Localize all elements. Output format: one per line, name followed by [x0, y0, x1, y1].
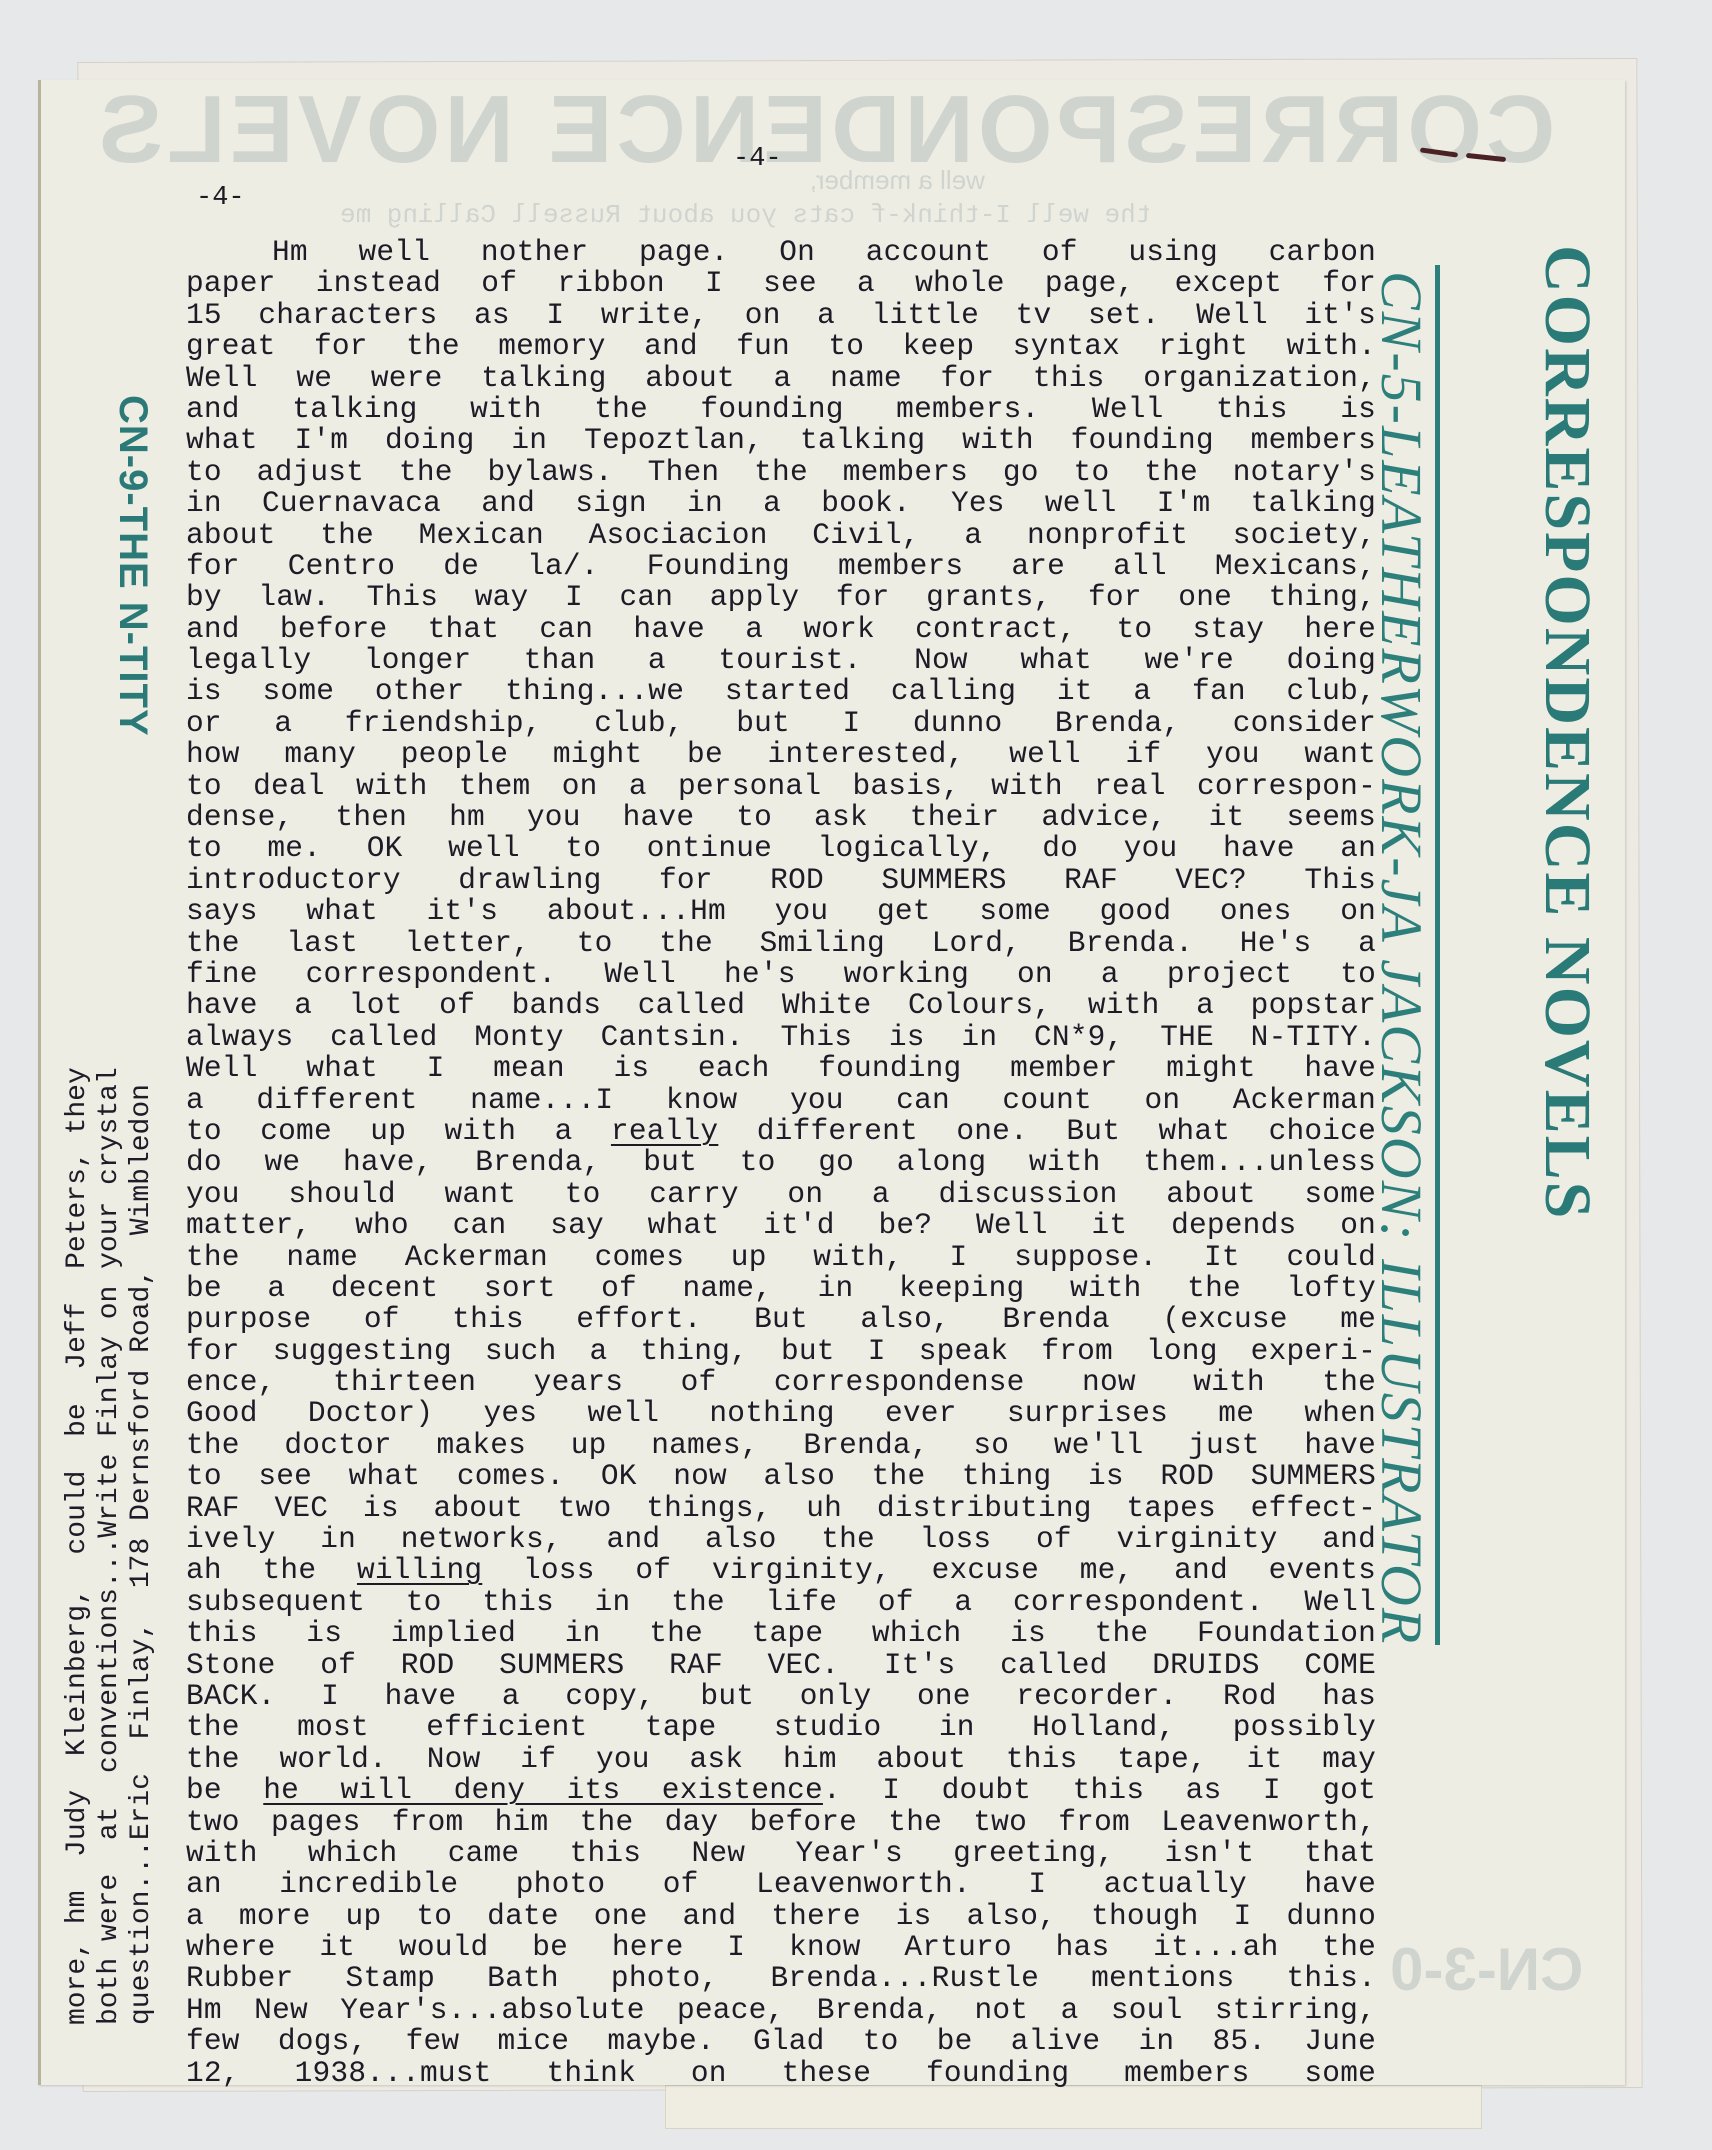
text-line: dense, then hm you have to ask their adv…	[186, 802, 1376, 833]
text-line: for suggesting such a thing, but I speak…	[186, 1336, 1376, 1367]
page-number-top: -4-	[733, 144, 782, 174]
text-line: says what it's about...Hm you get some g…	[186, 896, 1376, 927]
text-line: Good Doctor) yes well nothing ever surpr…	[186, 1398, 1376, 1429]
text-line: RAF VEC is about two things, uh distribu…	[186, 1493, 1376, 1524]
text-line: Hm well nother page. On account of using…	[186, 237, 1376, 268]
text-line: the world. Now if you ask him about this…	[186, 1744, 1376, 1775]
text-line: introductory drawling for ROD SUMMERS RA…	[186, 865, 1376, 896]
letter-body: Hm well nother page. On account of using…	[186, 237, 1376, 2089]
text-line: fine correspondent. Well he's working on…	[186, 959, 1376, 990]
text-line: have a lot of bands called White Colours…	[186, 990, 1376, 1021]
text-line: BACK. I have a copy, but only one record…	[186, 1681, 1376, 1712]
text-line: be a decent sort of name, in keeping wit…	[186, 1273, 1376, 1304]
text-line: ah the willing loss of virginity, excuse…	[186, 1555, 1376, 1586]
margin-note-line: both were at conventions...Write Finlay …	[94, 895, 126, 2025]
text-line: about the Mexican Asociacion Civil, a no…	[186, 520, 1376, 551]
text-line: in Cuernavaca and sign in a book. Yes we…	[186, 488, 1376, 519]
text-line: to me. OK well to ontinue logically, do …	[186, 833, 1376, 864]
underlined-phrase: willing	[357, 1553, 482, 1587]
text-line: ence, thirteen years of correspondense n…	[186, 1367, 1376, 1398]
folded-tab	[665, 2085, 1482, 2129]
margin-note: more, hm Judy Kleinberg, could be Jeff P…	[62, 895, 158, 2025]
stamp-cn5-illustrator: CN-5-LEATHERWORK-JA JACKSON: ILLUSTRATOR	[1368, 265, 1440, 1645]
text-line: the most efficient tape studio in Hollan…	[186, 1712, 1376, 1743]
bleed-through-line: the well I-think-f cats you about Russel…	[340, 200, 1151, 230]
text-line: a different name...I know you can count …	[186, 1085, 1376, 1116]
bleed-through-subline: well a member,	[810, 165, 985, 196]
text-line: for Centro de la/. Founding members are …	[186, 551, 1376, 582]
stamp-cn9-the-n-tity: CN-9-THE N-TITY	[110, 395, 155, 737]
text-line: matter, who can say what it'd be? Well i…	[186, 1210, 1376, 1241]
text-line: to adjust the bylaws. Then the members g…	[186, 457, 1376, 488]
text-line: Hm New Year's...absolute peace, Brenda, …	[186, 1995, 1376, 2026]
page-number-left: -4-	[196, 183, 245, 213]
text-line: legally longer than a tourist. Now what …	[186, 645, 1376, 676]
text-line: to come up with a really different one. …	[186, 1116, 1376, 1147]
text-line: purpose of this effort. But also, Brenda…	[186, 1304, 1376, 1335]
margin-note-line: question...Eric Finlay, 178 Dernsford Ro…	[126, 895, 158, 2025]
text-line: where it would be here I know Arturo has…	[186, 1932, 1376, 1963]
text-line: few dogs, few mice maybe. Glad to be ali…	[186, 2026, 1376, 2057]
text-line: ively in networks, and also the loss of …	[186, 1524, 1376, 1555]
text-line: this is implied in the tape which is the…	[186, 1618, 1376, 1649]
text-line: 15 characters as I write, on a little tv…	[186, 300, 1376, 331]
text-line: the doctor makes up names, Brenda, so we…	[186, 1430, 1376, 1461]
text-line: Stone of ROD SUMMERS RAF VEC. It's calle…	[186, 1650, 1376, 1681]
bleed-through-stamp: CN-3-0	[1390, 1935, 1583, 2004]
text-line: paper instead of ribbon I see a whole pa…	[186, 268, 1376, 299]
text-line: and talking with the founding members. W…	[186, 394, 1376, 425]
text-line: the last letter, to the Smiling Lord, Br…	[186, 928, 1376, 959]
text-line: you should want to carry on a discussion…	[186, 1179, 1376, 1210]
text-line: and before that can have a work contract…	[186, 614, 1376, 645]
stamp-correspondence-novels: CORRESPONDENCE NOVELS	[1529, 245, 1605, 1220]
text-line: to deal with them on a personal basis, w…	[186, 771, 1376, 802]
text-line: Well what I mean is each founding member…	[186, 1053, 1376, 1084]
text-line: 12, 1938...must think on these founding …	[186, 2058, 1376, 2089]
text-line: the name Ackerman comes up with, I suppo…	[186, 1242, 1376, 1273]
text-line: what I'm doing in Tepoztlan, talking wit…	[186, 425, 1376, 456]
text-line: subsequent to this in the life of a corr…	[186, 1587, 1376, 1618]
text-line: an incredible photo of Leavenworth. I ac…	[186, 1869, 1376, 1900]
underlined-phrase: really	[611, 1114, 718, 1148]
text-line: great for the memory and fun to keep syn…	[186, 331, 1376, 362]
text-line: always called Monty Cantsin. This is in …	[186, 1022, 1376, 1053]
text-line: do we have, Brenda, but to go along with…	[186, 1147, 1376, 1178]
text-line: two pages from him the day before the tw…	[186, 1807, 1376, 1838]
text-line: is some other thing...we started calling…	[186, 676, 1376, 707]
text-line: a more up to date one and there is also,…	[186, 1901, 1376, 1932]
text-line: to see what comes. OK now also the thing…	[186, 1461, 1376, 1492]
underlined-phrase: he will deny its existence	[263, 1773, 823, 1807]
text-line: how many people might be interested, wel…	[186, 739, 1376, 770]
margin-note-line: more, hm Judy Kleinberg, could be Jeff P…	[62, 895, 94, 2025]
text-line: be he will deny its existence. I doubt t…	[186, 1775, 1376, 1806]
text-line: or a friendship, club, but I dunno Brend…	[186, 708, 1376, 739]
text-line: Rubber Stamp Bath photo, Brenda...Rustle…	[186, 1963, 1376, 1994]
text-line: by law. This way I can apply for grants,…	[186, 582, 1376, 613]
text-line: with which came this New Year's greeting…	[186, 1838, 1376, 1869]
text-line: Well we were talking about a name for th…	[186, 363, 1376, 394]
